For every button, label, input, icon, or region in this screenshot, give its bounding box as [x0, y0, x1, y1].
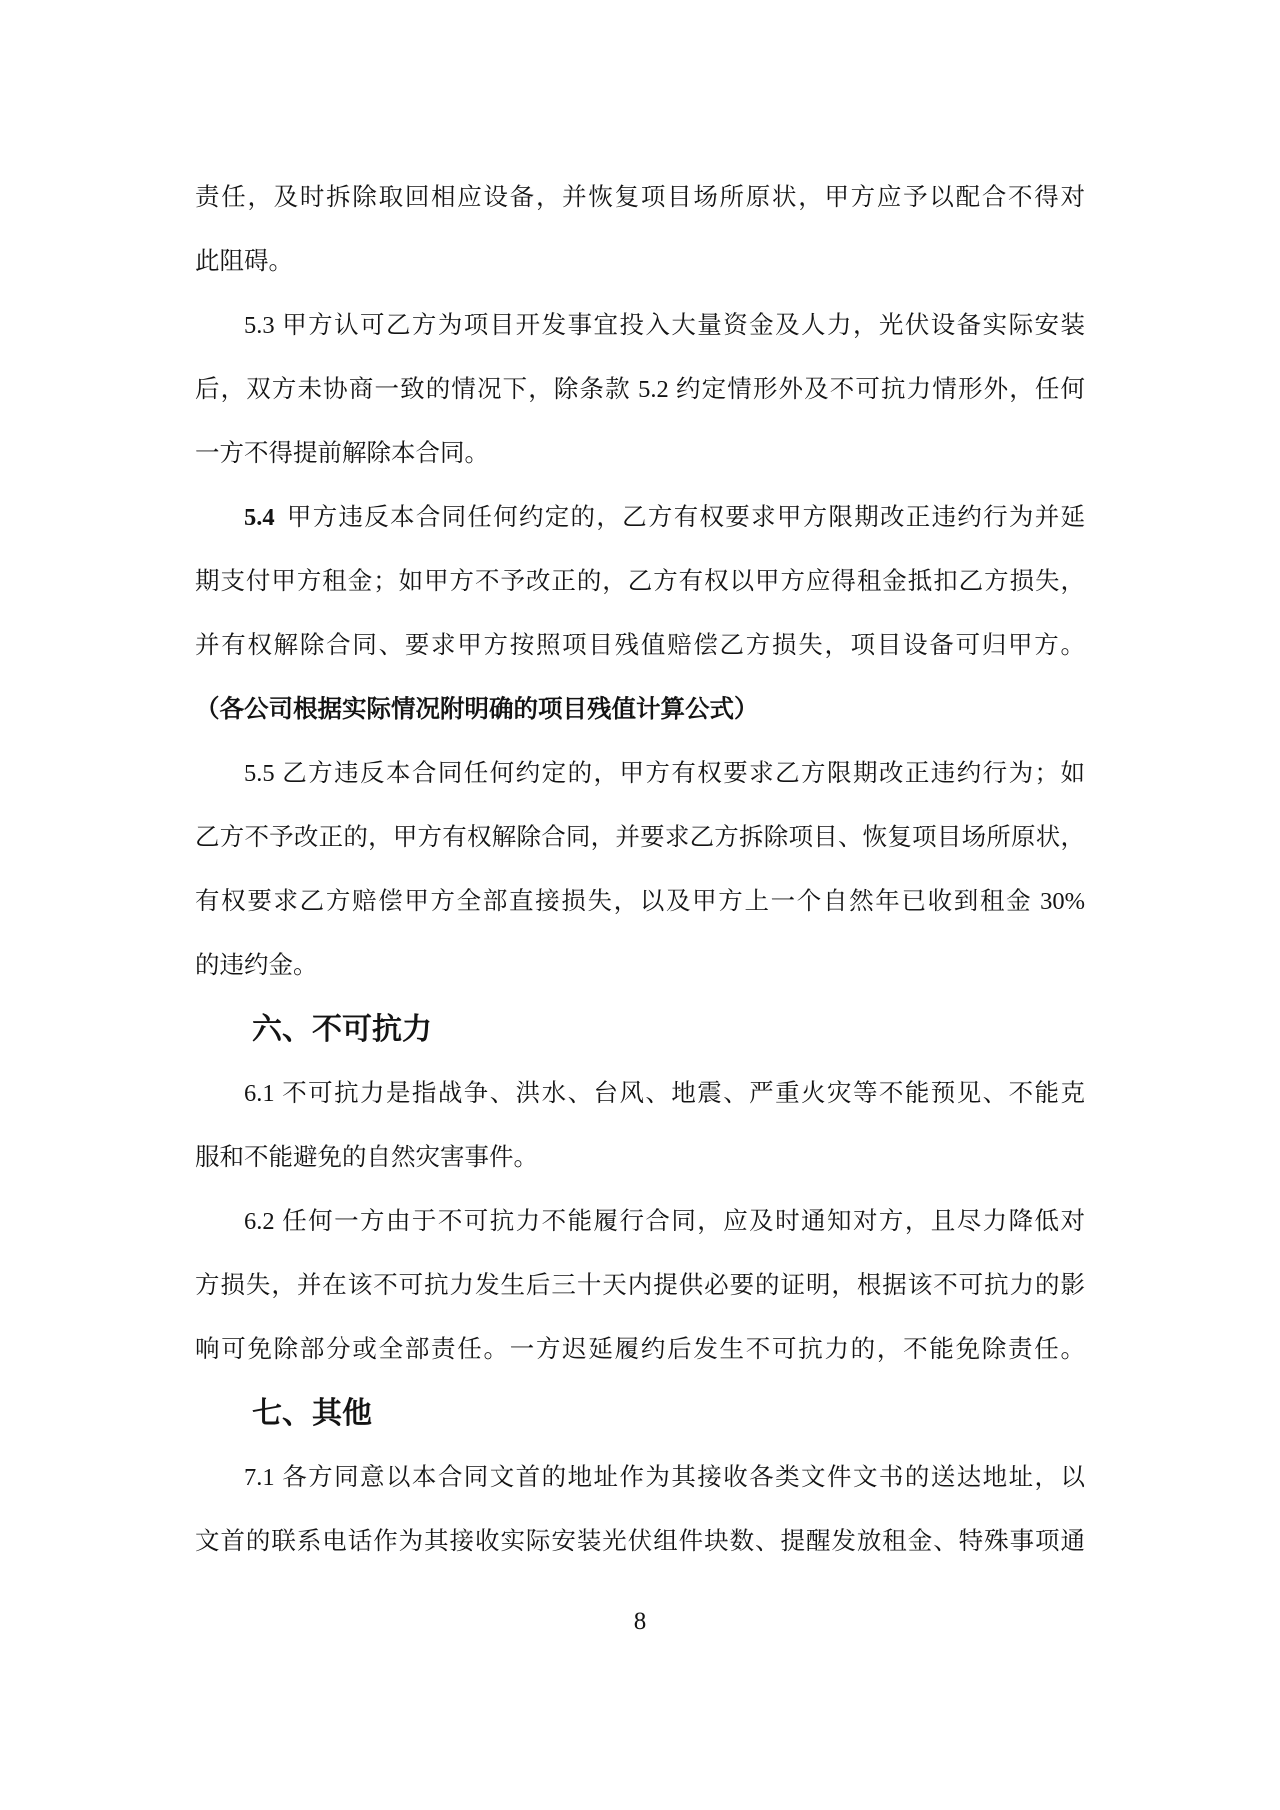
clause-5-4: 5.4甲方违反本合同任何约定的，乙方有权要求甲方限期改正违约行为并延 期支付甲方… — [195, 486, 1085, 678]
clause-7-1: 7.1 各方同意以本合同文首的地址作为其接收各类文件文书的送达地址，以 文首的联… — [195, 1446, 1085, 1574]
clause-text: 甲方违反本合同任何约定的，乙方有权要求甲方限期改正违约行为并延 — [286, 504, 1085, 531]
doc-line: 期支付甲方租金；如甲方不予改正的，乙方有权以甲方应得租金抵扣乙方损失， — [195, 550, 1085, 614]
page-number: 8 — [195, 1590, 1085, 1654]
clause-5-5: 5.5 乙方违反本合同任何约定的，甲方有权要求乙方限期改正违约行为；如 乙方不予… — [195, 742, 1085, 998]
section-7: 七、其他 — [195, 1382, 1085, 1446]
doc-line: 服和不能避免的自然灾害事件。 — [195, 1126, 1085, 1190]
doc-line: 5.4甲方违反本合同任何约定的，乙方有权要求甲方限期改正违约行为并延 — [195, 486, 1085, 550]
doc-line: 7.1 各方同意以本合同文首的地址作为其接收各类文件文书的送达地址，以 — [195, 1446, 1085, 1510]
clause-6-1: 6.1 不可抗力是指战争、洪水、台风、地震、严重火灾等不能预见、不能克 服和不能… — [195, 1062, 1085, 1190]
doc-line: （各公司根据实际情况附明确的项目残值计算公式） — [195, 678, 1085, 742]
clause-5-4-note: （各公司根据实际情况附明确的项目残值计算公式） — [195, 678, 1085, 742]
doc-line: 责任，及时拆除取回相应设备，并恢复项目场所原状，甲方应予以配合不得对 — [195, 166, 1085, 230]
doc-line: 文首的联系电话作为其接收实际安装光伏组件块数、提醒发放租金、特殊事项通 — [195, 1510, 1085, 1574]
doc-line: 的违约金。 — [195, 934, 1085, 998]
clause-5-2-continuation: 责任，及时拆除取回相应设备，并恢复项目场所原状，甲方应予以配合不得对 此阻碍。 — [195, 166, 1085, 294]
clause-6-2: 6.2 任何一方由于不可抗力不能履行合同，应及时通知对方，且尽力降低对 方损失，… — [195, 1190, 1085, 1382]
doc-line: 5.3 甲方认可乙方为项目开发事宜投入大量资金及人力，光伏设备实际安装 — [195, 294, 1085, 358]
doc-line: 方损失，并在该不可抗力发生后三十天内提供必要的证明，根据该不可抗力的影 — [195, 1254, 1085, 1318]
doc-line: 响可免除部分或全部责任。一方迟延履约后发生不可抗力的，不能免除责任。 — [195, 1318, 1085, 1382]
section-heading: 六、不可抗力 — [195, 998, 1085, 1062]
clause-5-3: 5.3 甲方认可乙方为项目开发事宜投入大量资金及人力，光伏设备实际安装 后，双方… — [195, 294, 1085, 486]
doc-line: 后，双方未协商一致的情况下，除条款 5.2 约定情形外及不可抗力情形外，任何 — [195, 358, 1085, 422]
document-body: 责任，及时拆除取回相应设备，并恢复项目场所原状，甲方应予以配合不得对 此阻碍。 … — [195, 166, 1085, 1654]
doc-line: 有权要求乙方赔偿甲方全部直接损失，以及甲方上一个自然年已收到租金 30% — [195, 870, 1085, 934]
doc-line: 并有权解除合同、要求甲方按照项目残值赔偿乙方损失，项目设备可归甲方。 — [195, 614, 1085, 678]
doc-line: 6.1 不可抗力是指战争、洪水、台风、地震、严重火灾等不能预见、不能克 — [195, 1062, 1085, 1126]
doc-line: 此阻碍。 — [195, 230, 1085, 294]
section-6: 六、不可抗力 — [195, 998, 1085, 1062]
clause-number: 5.4 — [244, 504, 275, 531]
doc-line: 5.5 乙方违反本合同任何约定的，甲方有权要求乙方限期改正违约行为；如 — [195, 742, 1085, 806]
doc-line: 一方不得提前解除本合同。 — [195, 422, 1085, 486]
document-page: 责任，及时拆除取回相应设备，并恢复项目场所原状，甲方应予以配合不得对 此阻碍。 … — [0, 0, 1280, 1810]
section-heading: 七、其他 — [195, 1382, 1085, 1446]
doc-line: 乙方不予改正的，甲方有权解除合同，并要求乙方拆除项目、恢复项目场所原状， — [195, 806, 1085, 870]
doc-line: 6.2 任何一方由于不可抗力不能履行合同，应及时通知对方，且尽力降低对 — [195, 1190, 1085, 1254]
